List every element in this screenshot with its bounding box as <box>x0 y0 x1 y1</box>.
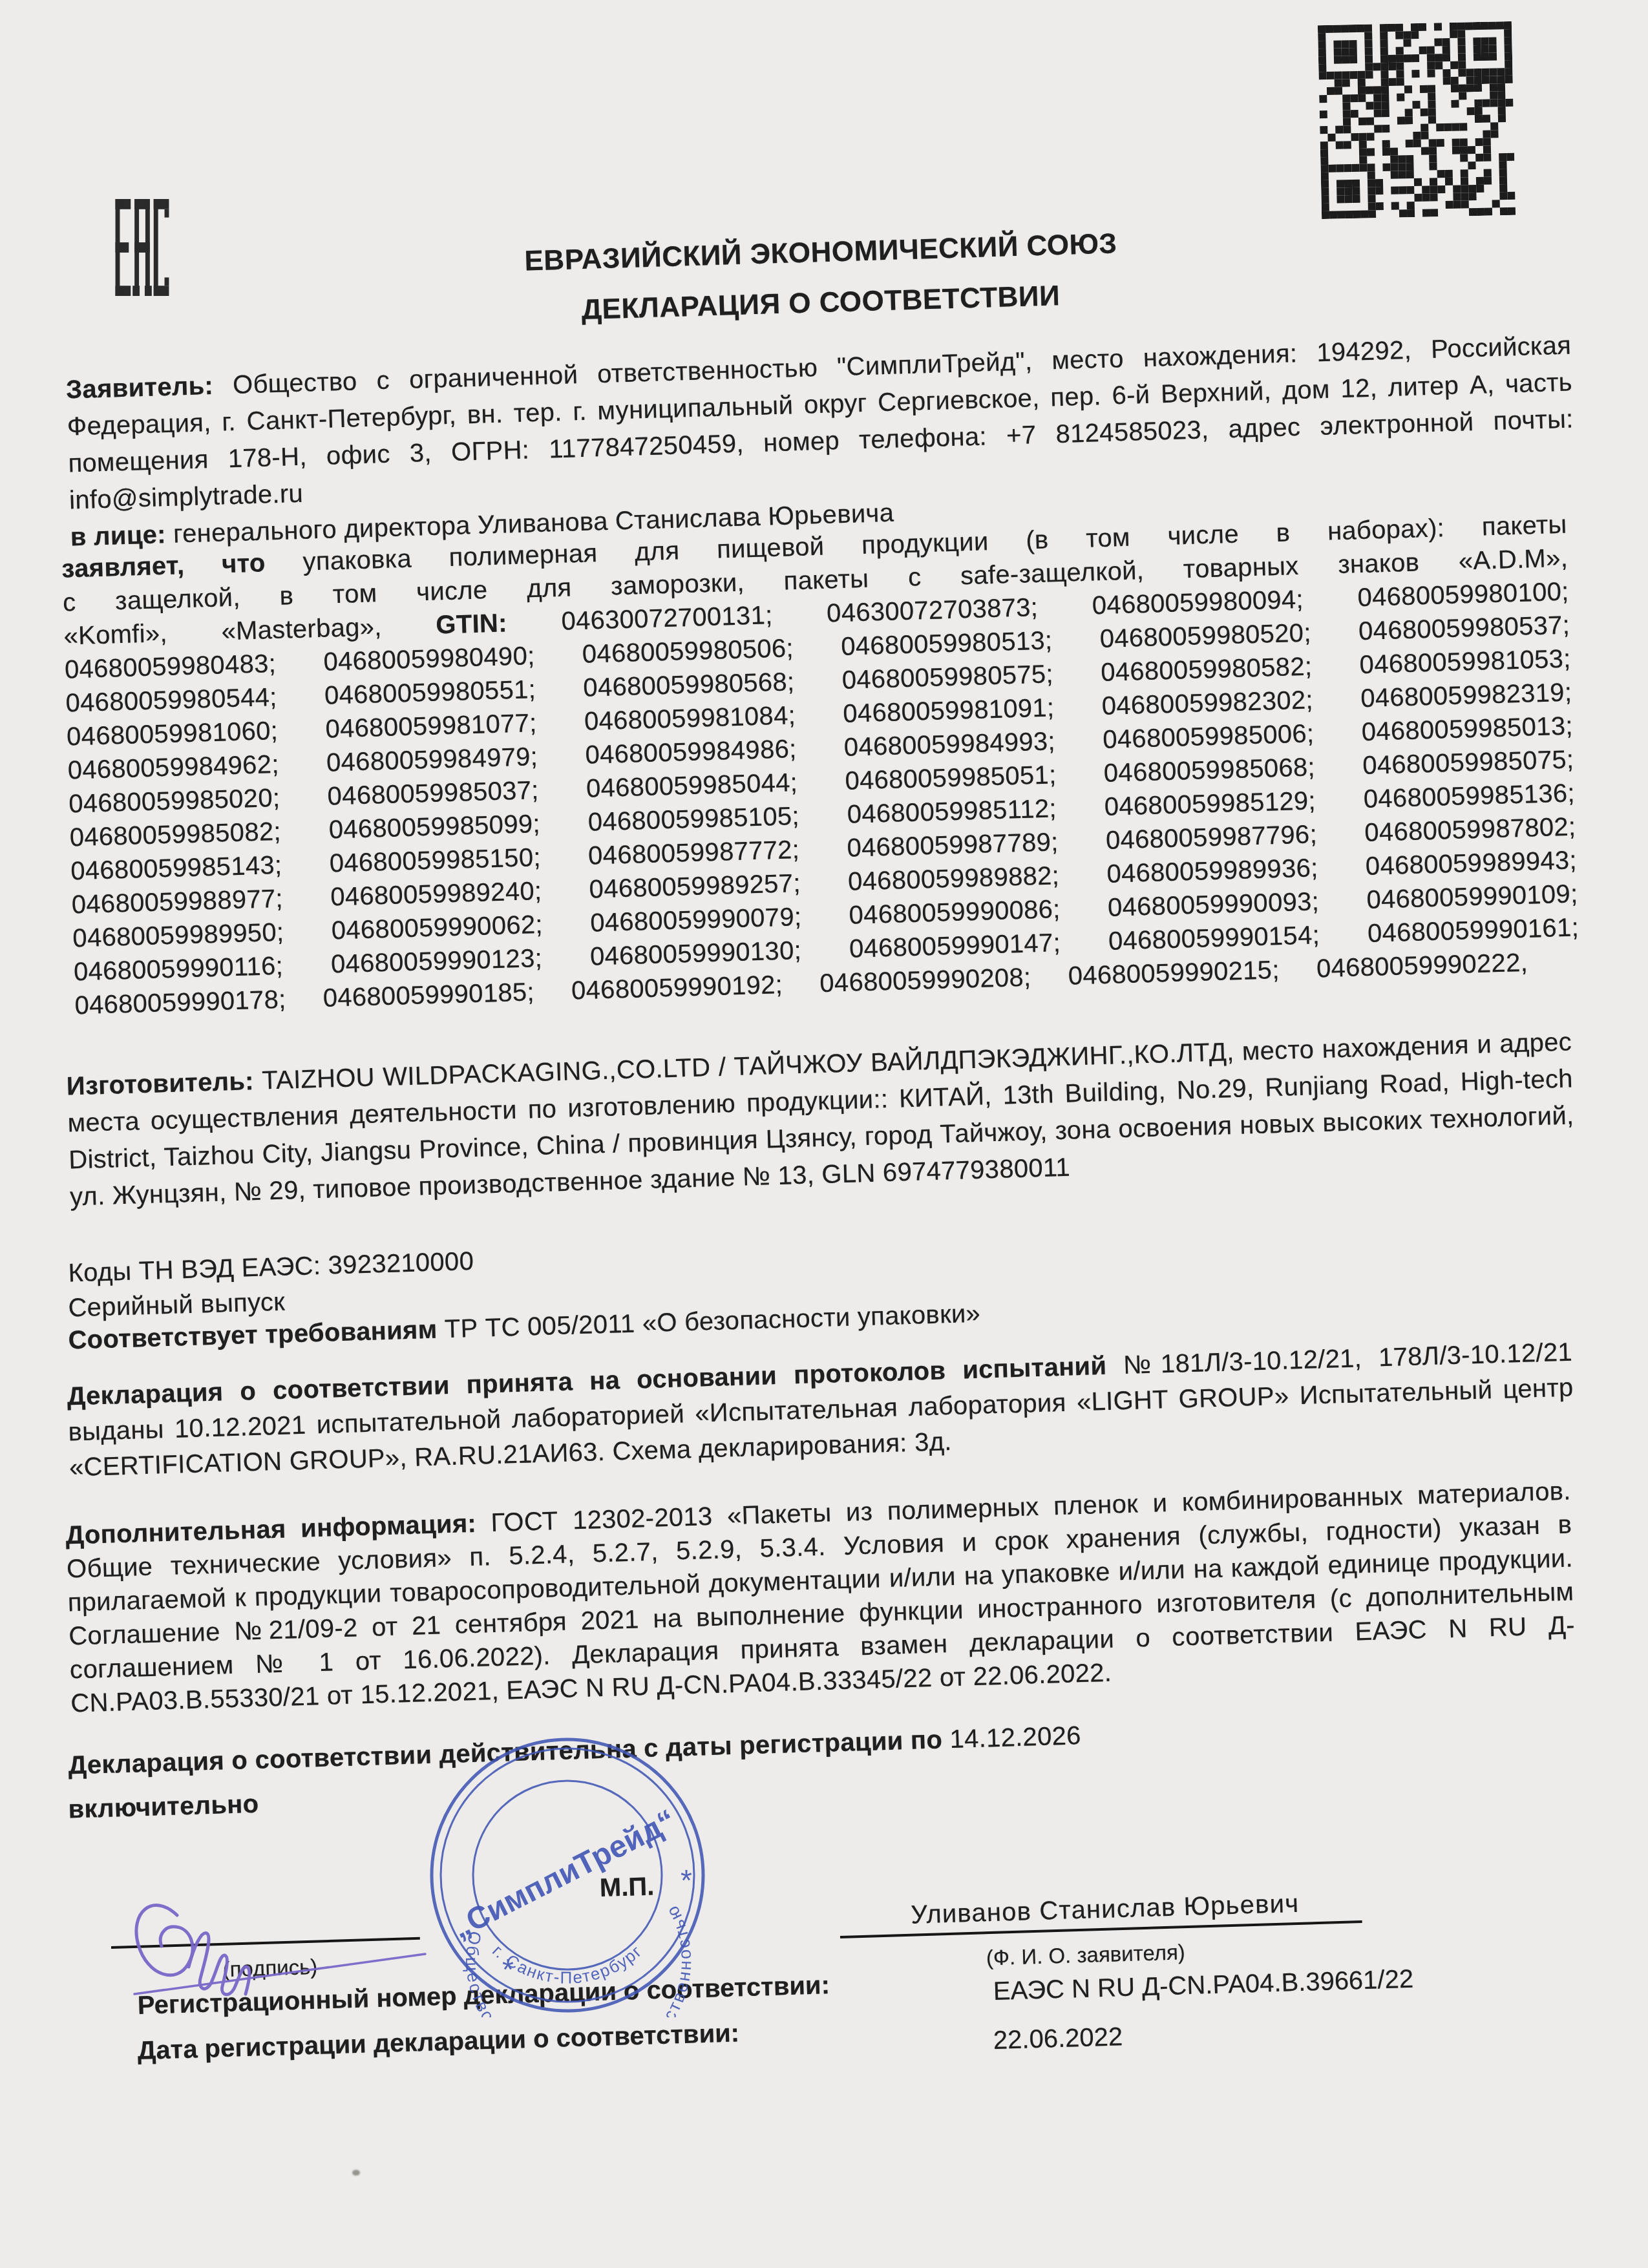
validity-date: 14.12.2026 <box>942 1721 1081 1754</box>
manufacturer-paragraph: Изготовитель: TAIZHOU WILDPACKAGING.,CO.… <box>66 1024 1576 1215</box>
company-stamp-icon: Общество с ограниченной ответственностью… <box>425 1733 710 2017</box>
registration-date-value: 22.06.2022 <box>993 2022 1123 2055</box>
name-caption: (Ф. И. О. заявителя) <box>885 1937 1286 1973</box>
gtin-label: GTIN: <box>436 609 508 639</box>
additional-label: Дополнительная информация: <box>65 1509 477 1550</box>
additional-info-paragraph: Дополнительная информация: ГОСТ 12302-20… <box>65 1475 1576 1721</box>
applicant-label: Заявитель: <box>65 372 213 404</box>
manufacturer-text: TAIZHOU WILDPACKAGING.,CO.LTD / ТАЙЧЖОУ … <box>67 1027 1574 1211</box>
gtin-numbers: 04630072700131; 04630072703873; 04680059… <box>64 578 1579 1020</box>
scanned-declaration-page: ЕВРАЗИЙСКИЙ ЭКОНОМИЧЕСКИЙ СОЮЗ ДЕКЛАРАЦИ… <box>0 0 1648 2268</box>
registration-number-value: ЕАЭС N RU Д-CN.РА04.В.39661/22 <box>993 1965 1413 2006</box>
basis-text: №181Л/3-10.12/21, 178Л/3-10.12/21 выданы… <box>68 1338 1574 1482</box>
scan-dust-speck <box>352 2170 360 2176</box>
person-label: в лице: <box>70 520 166 551</box>
additional-text: ГОСТ 12302-2013 «Пакеты из полимерных пл… <box>67 1477 1576 1718</box>
signature-mark <box>121 1891 445 2017</box>
inclusive-label: включительно <box>68 1790 259 1824</box>
applicant-text: Общество с ограниченной ответственностью… <box>67 331 1574 514</box>
declares-label: заявляет, что <box>61 549 266 583</box>
stamp-star-left: * <box>502 1953 514 1986</box>
compliance-label: Соответствует требованиям <box>68 1316 438 1355</box>
stamp-place-label: М.П. <box>599 1873 655 1903</box>
product-gtin-paragraph: заявляет, что упаковка полимерная для пи… <box>61 508 1581 1023</box>
qr-code-icon <box>1318 21 1516 219</box>
manufacturer-label: Изготовитель: <box>66 1067 254 1101</box>
registration-date-label: Дата регистрации декларации о соответств… <box>137 2019 739 2066</box>
stamp-star-right: * <box>681 1864 692 1897</box>
basis-paragraph: Декларация о соответствии принята на осн… <box>67 1334 1575 1486</box>
